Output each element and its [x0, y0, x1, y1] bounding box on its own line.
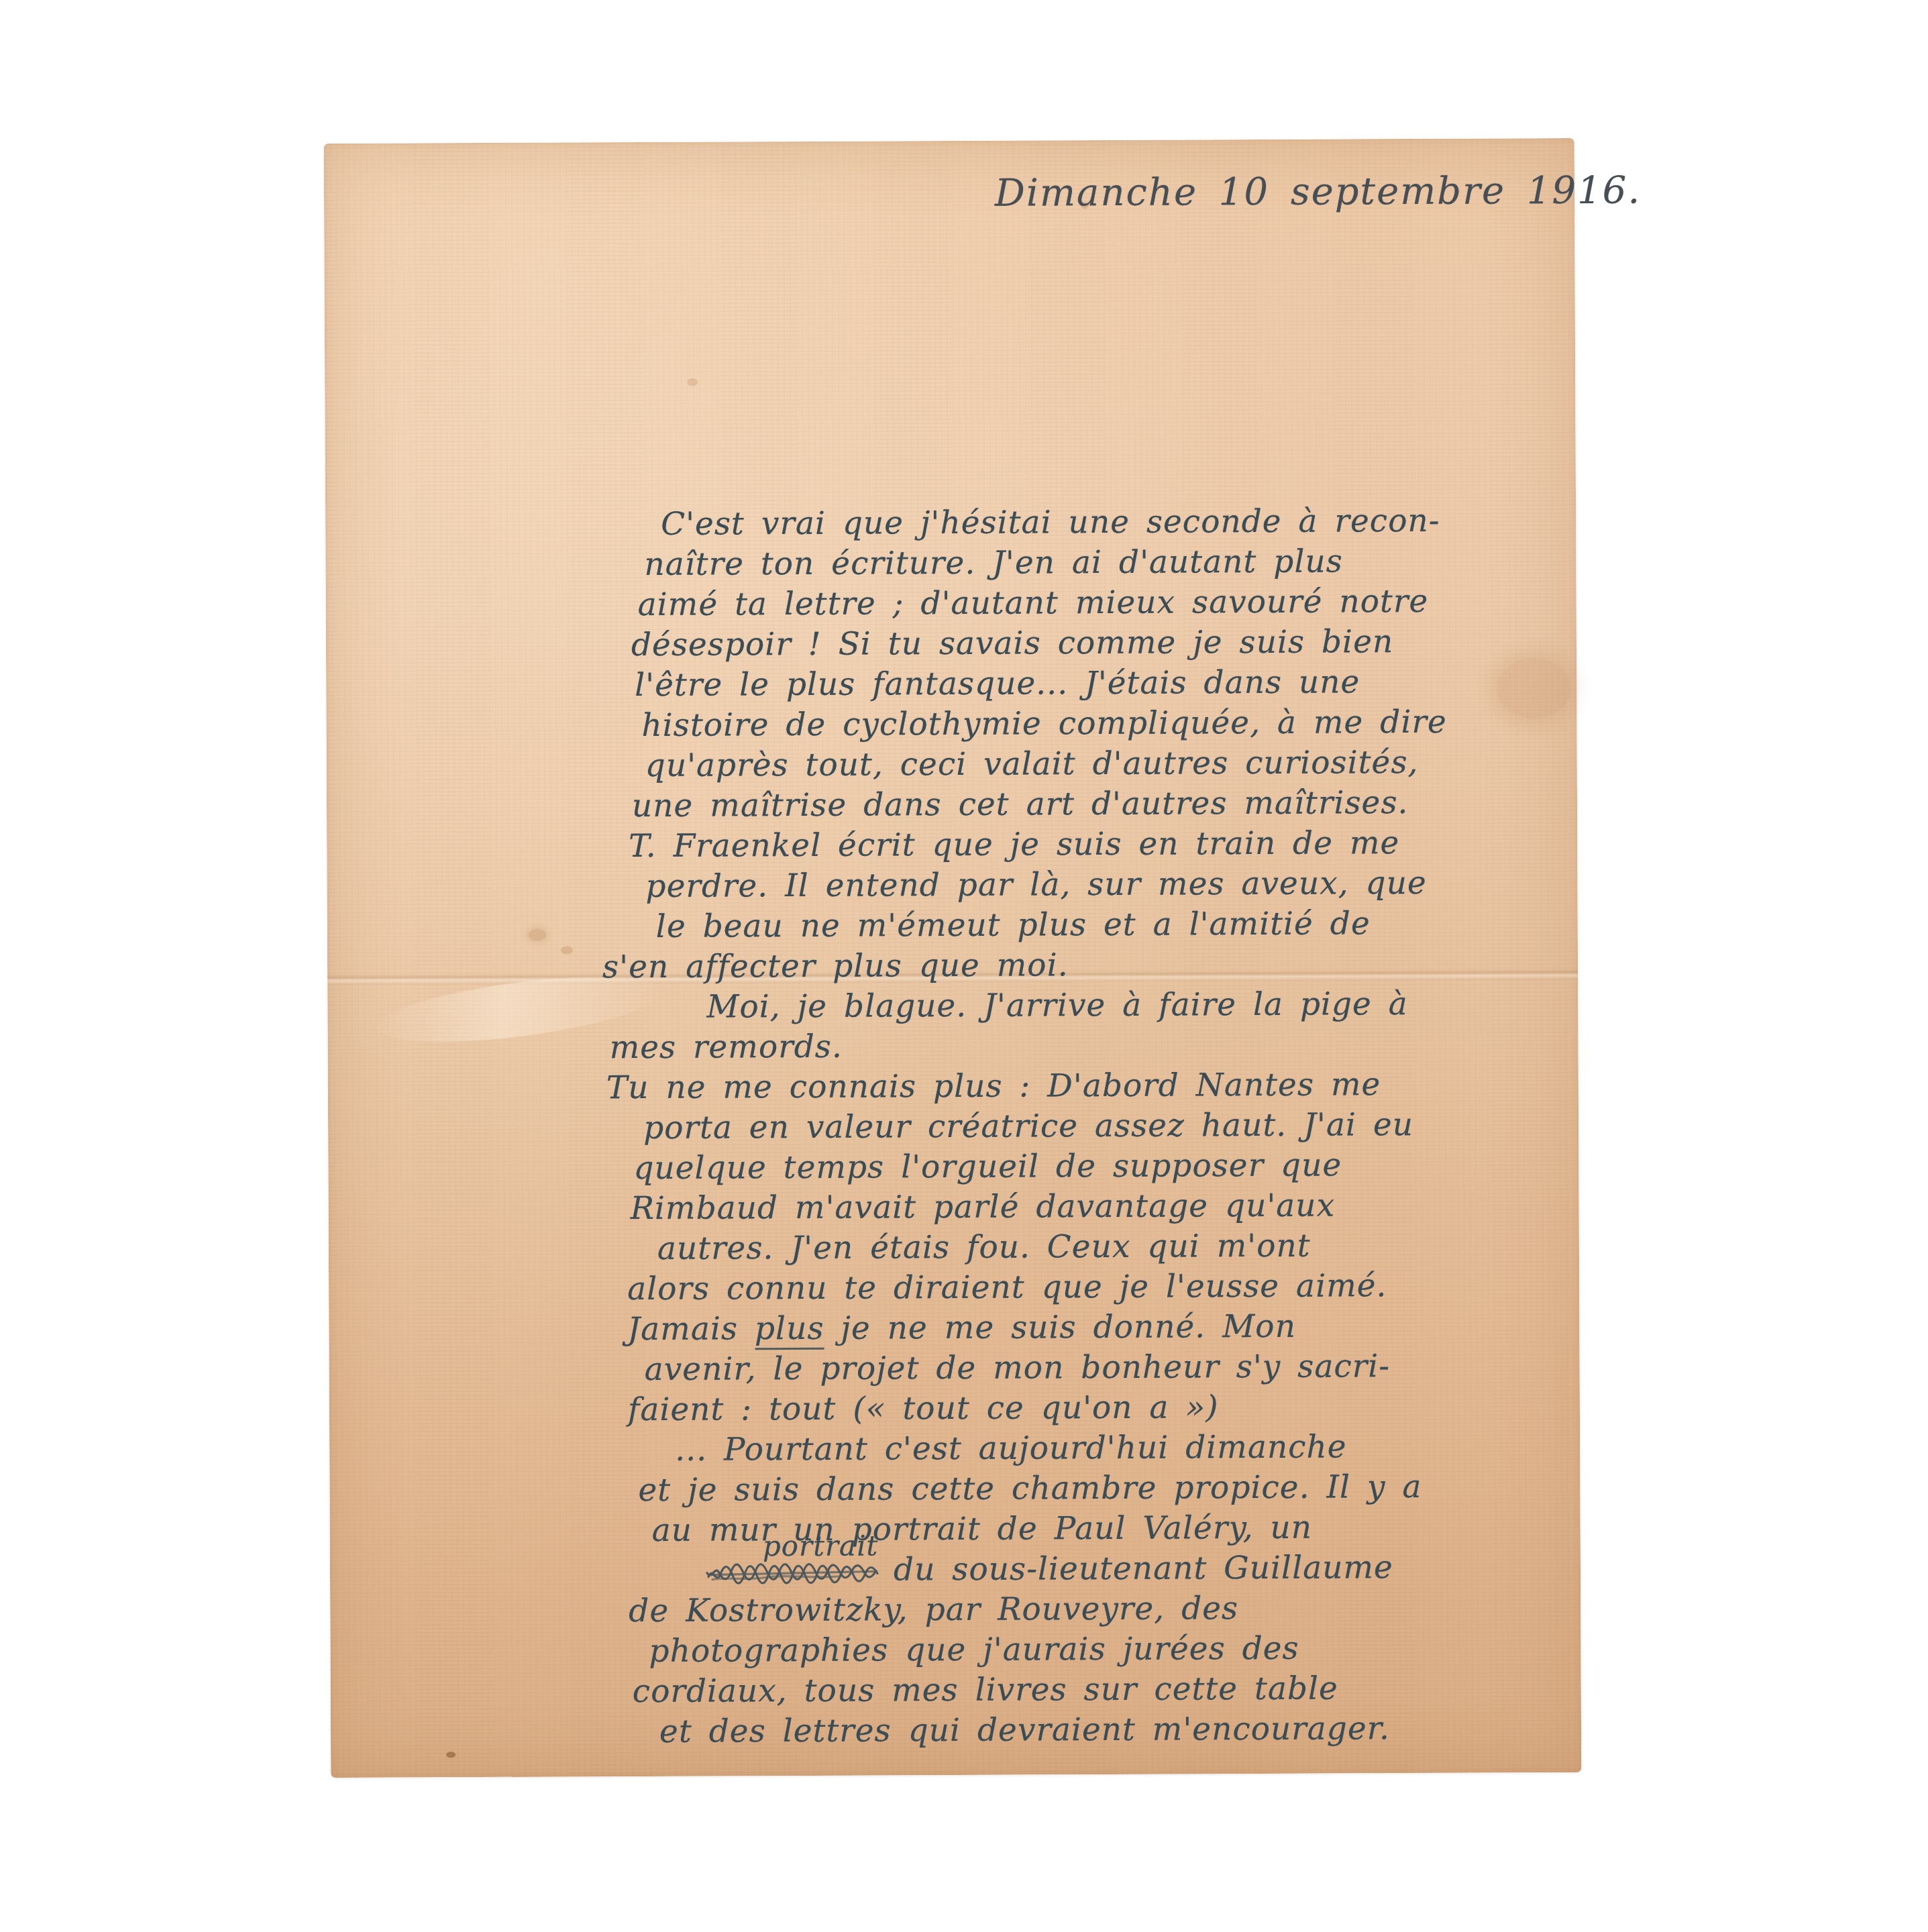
letter-line: cordiaux, tous mes livres sur cette tabl… — [633, 1668, 1451, 1712]
letter-line-with-correction: portraitdu sous-lieutenant Guillaume — [632, 1548, 1450, 1591]
letter-line: de Kostrowitzky, par Rouveyre, des — [629, 1588, 1450, 1631]
stain-spot — [446, 1752, 456, 1758]
underlined-word: plus — [755, 1310, 824, 1350]
stain-spot — [1497, 658, 1570, 718]
letter-line: l'être le plus fantasque... J'étais dans… — [635, 662, 1446, 706]
line-text: je ne me suis donné. Mon — [824, 1308, 1296, 1347]
letter-line: photographies que j'aurais jurées des — [649, 1628, 1450, 1672]
letter-line: porta en valeur créatrice assez haut. J'… — [643, 1105, 1448, 1148]
letter-line: naître ton écriture. J'en ai d'autant pl… — [644, 541, 1446, 585]
letter-line: autres. J'en étais fou. Ceux qui m'ont — [657, 1226, 1449, 1269]
letter-line: mes remords. — [609, 1024, 1448, 1068]
letter-line: et des lettres qui devraient m'encourage… — [659, 1709, 1451, 1752]
stain-spot — [687, 378, 698, 386]
letter-line: aimé ta lettre ; d'autant mieux savouré … — [638, 582, 1446, 625]
letter-line: et je suis dans cette chambre propice. I… — [638, 1467, 1450, 1511]
letter-line: Moi, je blague. J'arrive à faire la pige… — [706, 984, 1448, 1028]
letter-line: désespoir ! Si tu savais comme je suis b… — [631, 622, 1446, 665]
letter-line: Jamais plus je ne me suis donné. Mon — [627, 1306, 1449, 1350]
stain-spot — [561, 946, 573, 954]
letter-line: quelque temps l'orgueil de supposer que — [633, 1145, 1448, 1189]
inserted-word: portrait — [763, 1525, 879, 1566]
stain-spot — [529, 929, 546, 941]
letter-line: une maîtrise dans cet art d'autres maîtr… — [632, 783, 1447, 826]
letter-line: C'est vrai que j'hésitai une seconde à r… — [661, 501, 1446, 545]
photo-background: { "photo": { "background_color": "#fffff… — [0, 0, 1928, 1932]
letter-date: Dimanche 10 septembre 1916. — [995, 169, 1641, 215]
letter-line: qu'après tout, ceci valait d'autres curi… — [645, 743, 1447, 786]
letter-line: avenir, le projet de mon bonheur s'y sac… — [645, 1346, 1450, 1390]
letter-body: C'est vrai que j'hésitai une seconde à r… — [627, 501, 1451, 1752]
letter-line: perdre. Il entend par là, sur mes aveux,… — [645, 863, 1447, 907]
letter-line: Rimbaud m'avait parlé davantage qu'aux — [630, 1185, 1448, 1229]
letter-line: Tu ne me connais plus : D'abord Nantes m… — [606, 1065, 1448, 1108]
letter-line: ... Pourtant c'est aujourd'hui dimanche — [675, 1427, 1450, 1470]
letter-line: T. Fraenkel écrit que je suis en train d… — [629, 823, 1447, 867]
letter-paper: Dimanche 10 septembre 1916. C'est vrai q… — [324, 138, 1582, 1778]
letter-line: faient : tout (« tout ce qu'on a ») — [628, 1387, 1450, 1430]
letter-line: s'en affecter plus que moi. — [602, 944, 1448, 987]
line-text: du sous-lieutenant Guillaume — [894, 1549, 1393, 1588]
letter-line: le beau ne m'émeut plus et a l'amitié de — [656, 904, 1448, 947]
letter-line: alors connu te diraient que je l'eusse a… — [627, 1266, 1449, 1309]
letter-line: histoire de cyclothymie compliquée, à me… — [641, 702, 1446, 746]
line-text: Jamais — [627, 1310, 755, 1348]
